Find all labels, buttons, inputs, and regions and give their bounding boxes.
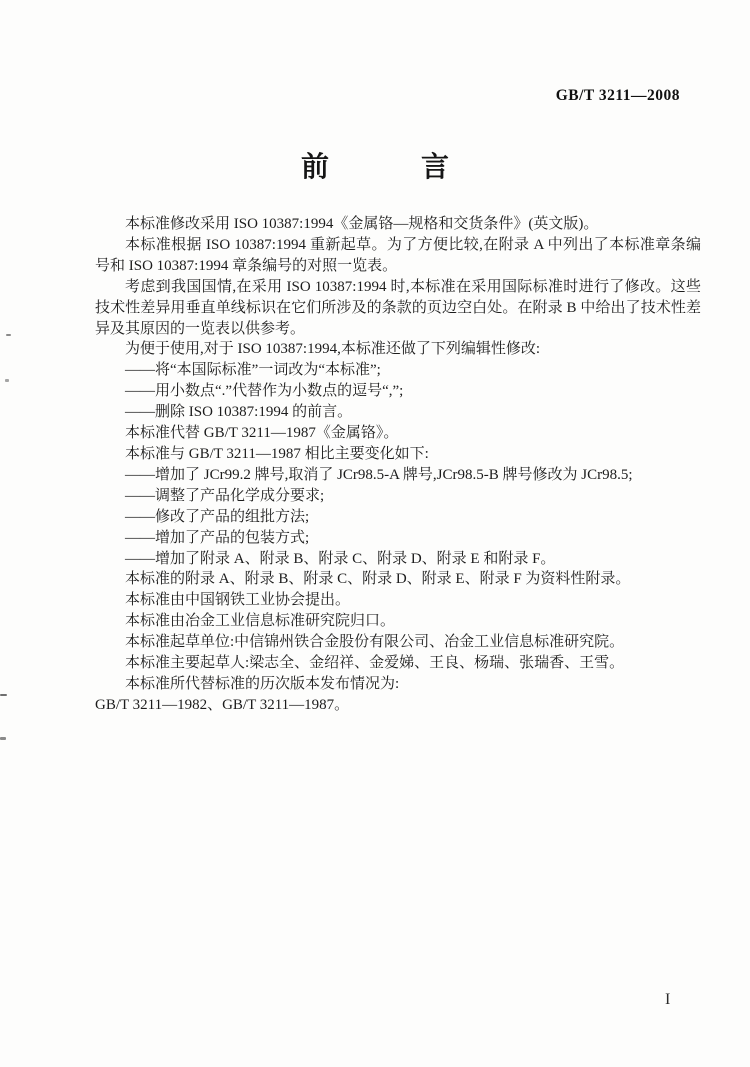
paragraph: ——增加了产品的包装方式; <box>95 528 701 549</box>
scan-artifact <box>6 334 11 336</box>
scan-artifact <box>5 379 9 382</box>
scan-artifact <box>0 737 6 740</box>
paragraph: 本标准根据 ISO 10387:1994 重新起草。为了方便比较,在附录 A 中… <box>95 235 701 277</box>
document-page: GB/T 3211—2008 前言 本标准修改采用 ISO 10387:1994… <box>0 0 750 1067</box>
title-char: 前 <box>301 150 329 184</box>
paragraph: ——将“本国际标准”一词改为“本标准”; <box>95 360 701 381</box>
paragraph: 本标准由中国钢铁工业协会提出。 <box>95 590 701 611</box>
paragraph: 本标准与 GB/T 3211—1987 相比主要变化如下: <box>95 444 701 465</box>
paragraph: 为便于使用,对于 ISO 10387:1994,本标准还做了下列编辑性修改: <box>95 339 701 360</box>
paragraph: 本标准起草单位:中信锦州铁合金股份有限公司、冶金工业信息标准研究院。 <box>95 632 701 653</box>
title-char: 言 <box>421 150 449 184</box>
paragraph: 本标准由冶金工业信息标准研究院归口。 <box>95 611 701 632</box>
page-number: I <box>665 991 670 1009</box>
paragraph: ——用小数点“.”代替作为小数点的逗号“,”; <box>95 381 701 402</box>
paragraph: ——增加了附录 A、附录 B、附录 C、附录 D、附录 E 和附录 F。 <box>95 549 701 570</box>
paragraph: ——增加了 JCr99.2 牌号,取消了 JCr98.5-A 牌号,JCr98.… <box>95 465 701 486</box>
paragraph: GB/T 3211—1982、GB/T 3211—1987。 <box>95 695 701 716</box>
paragraph: ——调整了产品化学成分要求; <box>95 486 701 507</box>
paragraph: 本标准的附录 A、附录 B、附录 C、附录 D、附录 E、附录 F 为资料性附录… <box>95 569 701 590</box>
foreword-paragraphs: 本标准修改采用 ISO 10387:1994《金属铬—规格和交货条件》(英文版)… <box>95 214 701 716</box>
page-title: 前言 <box>0 150 750 184</box>
paragraph: ——修改了产品的组批方法; <box>95 507 701 528</box>
paragraph: 本标准代替 GB/T 3211—1987《金属铬》。 <box>95 423 701 444</box>
scan-artifact <box>0 694 7 696</box>
paragraph: 本标准主要起草人:梁志全、金绍祥、金爱娣、王良、杨瑞、张瑞香、王雪。 <box>95 653 701 674</box>
paragraph: 考虑到我国国情,在采用 ISO 10387:1994 时,本标准在采用国际标准时… <box>95 277 701 340</box>
paragraph: 本标准所代替标准的历次版本发布情况为: <box>95 674 701 695</box>
paragraph: ——删除 ISO 10387:1994 的前言。 <box>95 402 701 423</box>
standard-number: GB/T 3211—2008 <box>556 87 680 105</box>
paragraph: 本标准修改采用 ISO 10387:1994《金属铬—规格和交货条件》(英文版)… <box>95 214 701 235</box>
